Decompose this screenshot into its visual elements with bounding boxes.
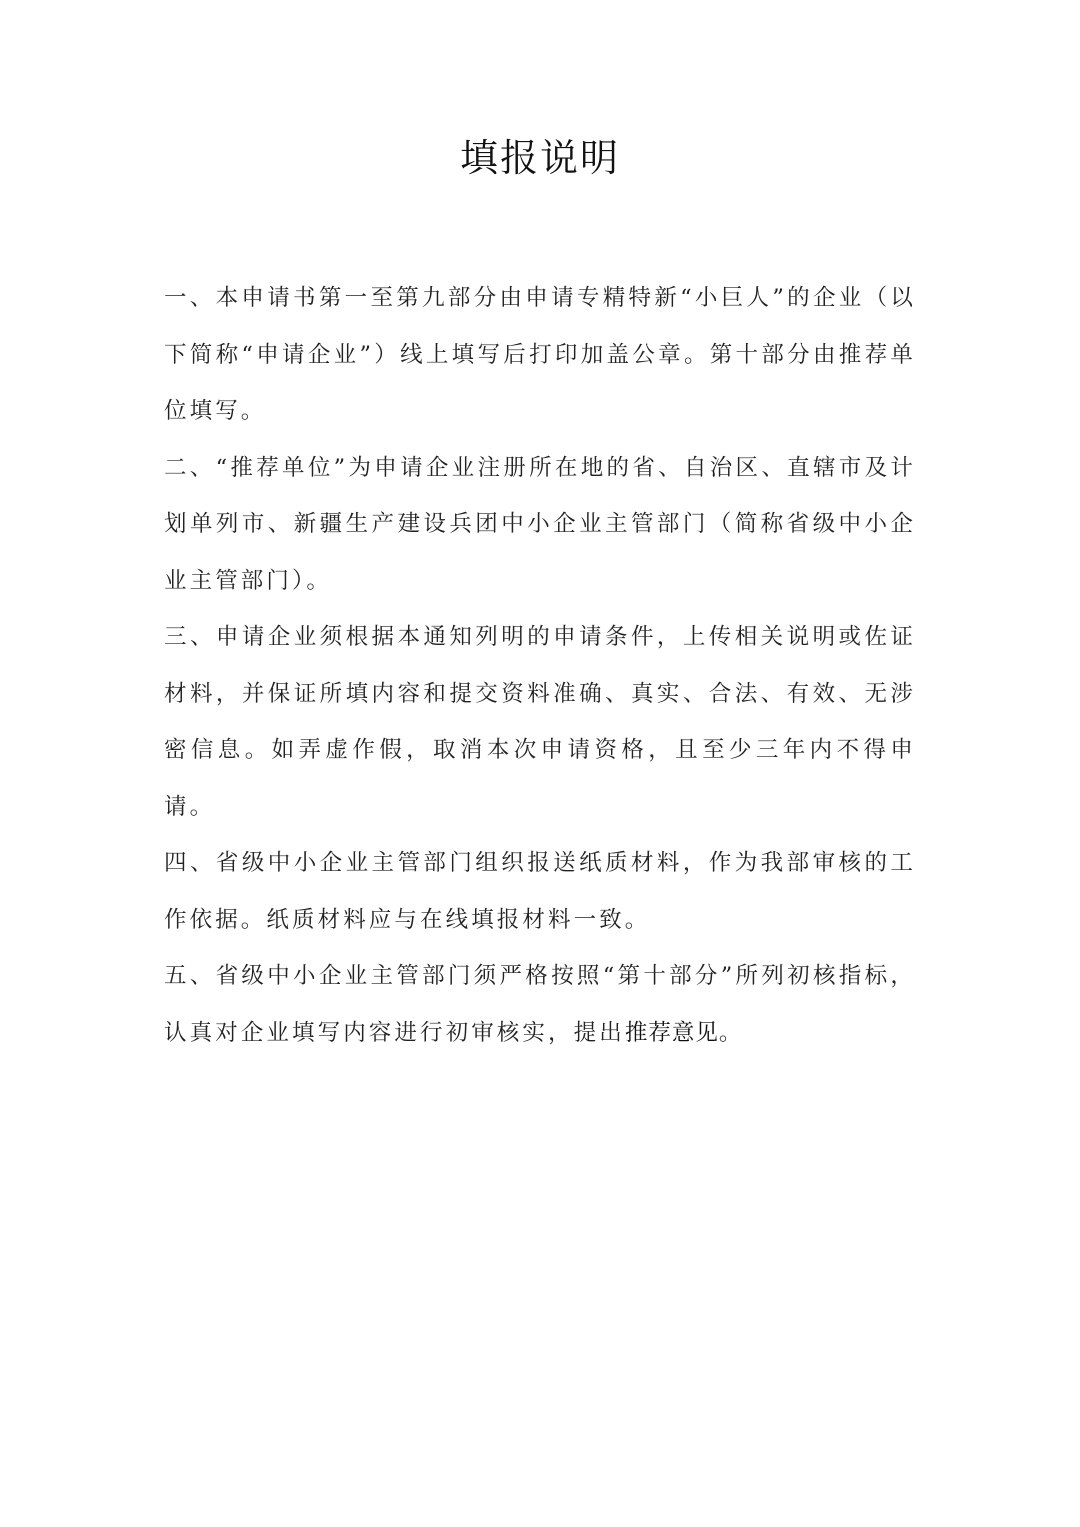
paragraph-5-text: 五、省级中小企业主管部门须严格按照“第十部分”所列初核指标，认真对企业填写内容进… <box>164 963 916 1046</box>
instruction-paragraph-4: 四、省级中小企业主管部门组织报送纸质材料，作为我部审核的工作依据。纸质材料应与在… <box>164 835 916 948</box>
instruction-paragraph-2: 二、“推荐单位”为申请企业注册所在地的省、自治区、直辖市及计划单列市、新疆生产建… <box>164 440 916 610</box>
instruction-paragraph-3: 三、申请企业须根据本通知列明的申请条件，上传相关说明或佐证材料，并保证所填内容和… <box>164 609 916 835</box>
recommendation-opinion-emphasis: 推荐意见 <box>625 1020 719 1046</box>
page-title: 填报说明 <box>0 130 1080 186</box>
instruction-paragraph-1: 一、本申请书第一至第九部分由申请专精特新“小巨人”的企业（以下简称“申请企业”）… <box>164 270 916 440</box>
paragraph-5-end: 。 <box>719 1020 745 1046</box>
instructions-body: 一、本申请书第一至第九部分由申请专精特新“小巨人”的企业（以下简称“申请企业”）… <box>164 270 916 1061</box>
instruction-paragraph-5: 五、省级中小企业主管部门须严格按照“第十部分”所列初核指标，认真对企业填写内容进… <box>164 948 916 1061</box>
